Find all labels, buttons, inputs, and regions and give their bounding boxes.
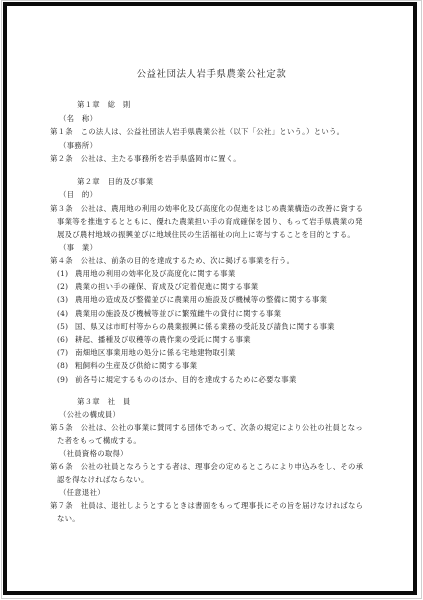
article-text: 事業等を推進するとともに、優れた農業担い手の育成確保を図り、もって岩手県農業の発 <box>57 217 363 227</box>
list-item-number: (3) <box>57 295 68 305</box>
list-item-text: 南畑地区事業用地の処分に係る宅地建物取引業 <box>75 348 235 358</box>
article-text: ない。 <box>57 514 80 524</box>
article-text: 第７条 社員は、退社しようとするときは書面をもって理事長にその旨を届けなければな… <box>50 501 363 511</box>
list-item-text: 農用地の造成及び整備並びに農業用の施設及び機械等の整備に関する事業 <box>75 295 327 305</box>
list-item-number: (2) <box>57 282 68 292</box>
article-text: 展及び農村地域の振興並びに地域住民の生活福祉の向上に寄与することを目的とする。 <box>57 230 355 240</box>
list-item-number: (5) <box>57 322 68 332</box>
chapter-heading: 第３章 社 員 <box>77 397 131 407</box>
article-caption: （任意退社） <box>59 488 105 498</box>
chapter-heading: 第１章 総 則 <box>77 100 131 110</box>
list-item-number: (9) <box>57 375 68 385</box>
article-caption: （目 的） <box>59 190 97 200</box>
article-caption: （事務所） <box>59 141 97 151</box>
list-item-text: 農業の担い手の確保、育成及び定着促進に関する事業 <box>75 282 258 292</box>
article-text: た者をもって構成する。 <box>57 436 141 446</box>
article-text: 第３条 公社は、農用地の利用の効率化及び高度化の促進をはじめ農業構造の改善に資す… <box>50 204 363 214</box>
list-item-number: (1) <box>57 269 68 279</box>
list-item-text: 粗飼料の生産及び供給に関する事業 <box>75 361 197 371</box>
list-item-text: 農業用の施設及び機械等並びに繁殖雌牛の貸付に関する事業 <box>75 309 281 319</box>
list-item-text: 農用地の利用の効率化及び高度化に関する事業 <box>75 269 235 279</box>
article-caption: （名 称） <box>59 114 97 124</box>
article-text: 第１条 この法人は、公益社団法人岩手県農業公社（以下「公社」という。）という。 <box>50 127 344 137</box>
list-item-number: (4) <box>57 309 68 319</box>
article-text: 第５条 公社は、公社の事業に賛同する団体であって、次条の規定により公社の社員とな… <box>50 423 363 433</box>
list-item-text: 前各号に規定するもののほか、目的を達成するために必要な事業 <box>75 375 297 385</box>
chapter-heading: 第２章 目的及び事業 <box>77 177 153 187</box>
document-title: 公益社団法人岩手県農業公社定款 <box>0 66 423 80</box>
list-item-text: 国、県又は市町村等からの農業振興に係る業務の受託及び請負に関する事業 <box>75 322 335 332</box>
article-text: 第４条 公社は、前条の目的を達成するため、次に掲げる事業を行う。 <box>50 256 294 266</box>
list-item-number: (7) <box>57 348 68 358</box>
list-item-text: 耕起、播種及び収穫等の農作業の受託に関する事業 <box>75 335 251 345</box>
list-item-number: (8) <box>57 361 68 371</box>
article-text: 第６条 公社の社員となろうとする者は、理事会の定めるところにより申込みをし、その… <box>50 462 363 472</box>
article-caption: （事 業） <box>59 243 97 253</box>
article-text: 第２条 公社は、主たる事務所を岩手県盛岡市に置く。 <box>50 154 241 164</box>
article-caption: （社員資格の取得） <box>59 449 128 459</box>
article-text: 認を得なければならない。 <box>57 475 149 485</box>
article-caption: （公社の構成員） <box>59 410 120 420</box>
list-item-number: (6) <box>57 335 68 345</box>
